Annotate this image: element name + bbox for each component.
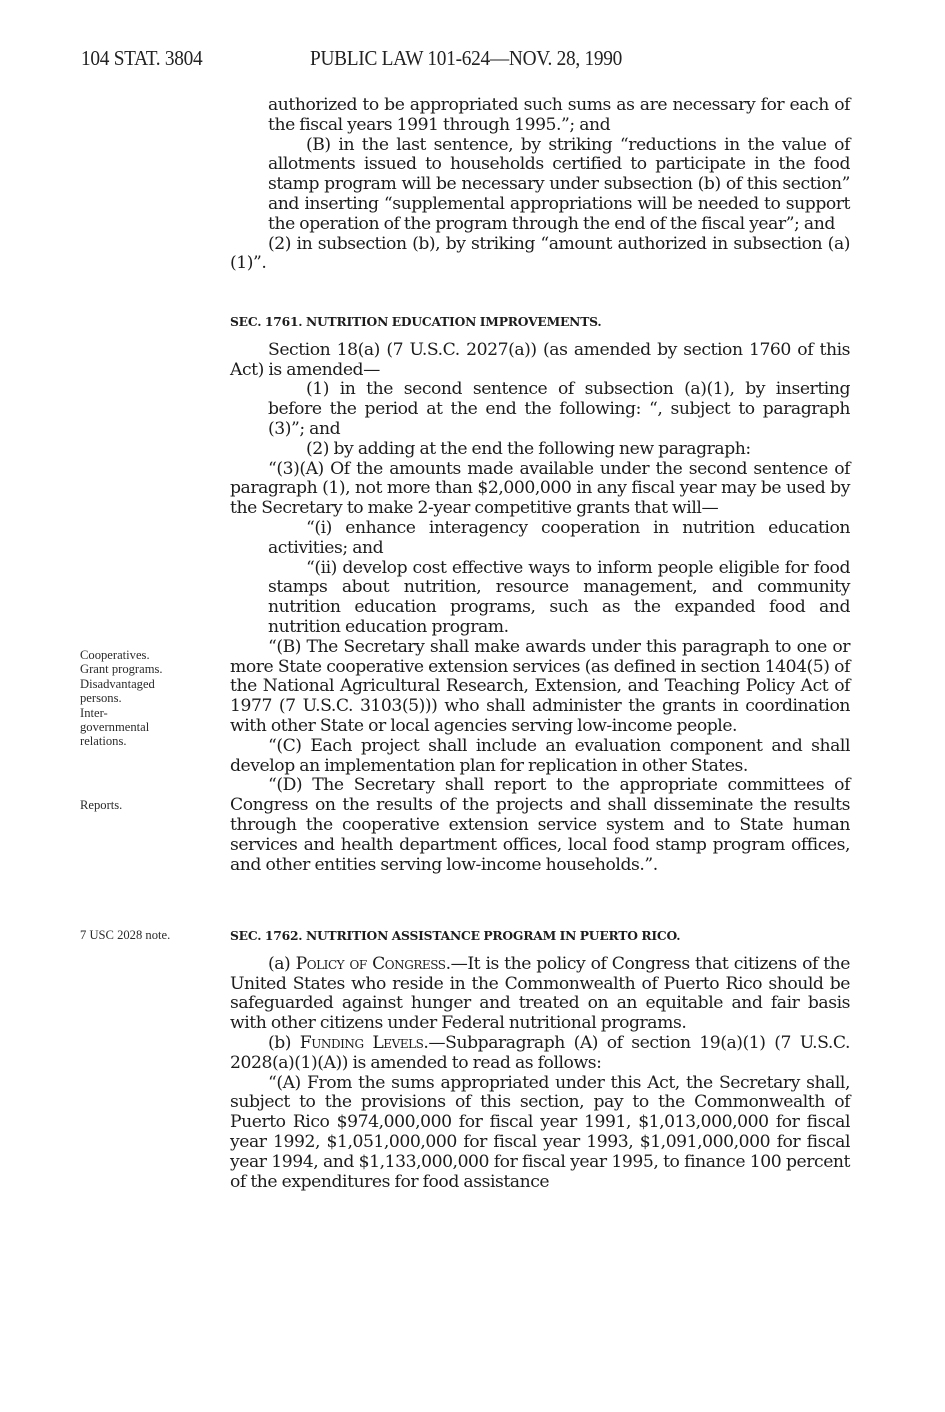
- section-heading-1762: SEC. 1762. NUTRITION ASSISTANCE PROGRAM …: [230, 926, 850, 946]
- subsection-a-label: (a): [268, 954, 296, 974]
- clause-ii: “(ii) develop cost effective ways to inf…: [230, 559, 850, 638]
- clause-i: “(i) enhance interagency cooperation in …: [230, 519, 850, 559]
- margin-note-cooperatives: Cooperatives.: [80, 648, 220, 662]
- margin-note-reports: Reports.: [80, 798, 220, 812]
- continuation-paragraph-2: (B) in the last sentence, by striking “r…: [230, 136, 850, 235]
- section-1761-item-1: (1) in the second sentence of subsection…: [230, 380, 850, 439]
- paragraph-3A: “(3)(A) Of the amounts made available un…: [230, 460, 850, 519]
- subsection-a-policy: (a) Policy of Congress.—It is the policy…: [230, 955, 850, 1034]
- subsection-b-caption: Funding Levels: [300, 1033, 424, 1053]
- page-running-title: PUBLIC LAW 101-624—NOV. 28, 1990: [310, 46, 622, 71]
- paragraph-3C: “(C) Each project shall include an evalu…: [230, 737, 850, 777]
- margin-note-grant-programs: Grant programs.: [80, 662, 220, 676]
- paragraph-3D: “(D) The Secretary shall report to the a…: [230, 776, 850, 875]
- quoted-subparagraph-A: “(A) From the sums appropriated under th…: [230, 1074, 850, 1193]
- paragraph-3B: “(B) The Secretary shall make awards und…: [230, 638, 850, 737]
- continuation-paragraph-1: authorized to be appropriated such sums …: [230, 96, 850, 136]
- margin-notes-group-1: Cooperatives. Grant programs. Disadvanta…: [80, 648, 220, 749]
- section-heading-1761: SEC. 1761. NUTRITION EDUCATION IMPROVEME…: [230, 312, 850, 332]
- section-1761-item-2: (2) by adding at the end the following n…: [230, 440, 850, 460]
- margin-note-usc: 7 USC 2028 note.: [80, 928, 220, 942]
- subsection-a-caption: Policy of Congress: [296, 954, 446, 974]
- section-1761: SEC. 1761. NUTRITION EDUCATION IMPROVEME…: [230, 312, 850, 875]
- margin-note-disadvantaged-persons: Disadvantaged persons.: [80, 677, 160, 706]
- subsection-b-label: (b): [268, 1033, 300, 1053]
- continuation-block: authorized to be appropriated such sums …: [230, 96, 850, 274]
- section-1762: SEC. 1762. NUTRITION ASSISTANCE PROGRAM …: [230, 926, 850, 1192]
- section-1761-intro: Section 18(a) (7 U.S.C. 2027(a)) (as ame…: [230, 341, 850, 381]
- margin-note-intergovernmental-relations: Inter-governmental relations.: [80, 706, 162, 749]
- continuation-paragraph-3: (2) in subsection (b), by striking “amou…: [230, 235, 850, 275]
- subsection-b-funding: (b) Funding Levels.—Subparagraph (A) of …: [230, 1034, 850, 1074]
- page-stat-reference: 104 STAT. 3804: [81, 46, 202, 71]
